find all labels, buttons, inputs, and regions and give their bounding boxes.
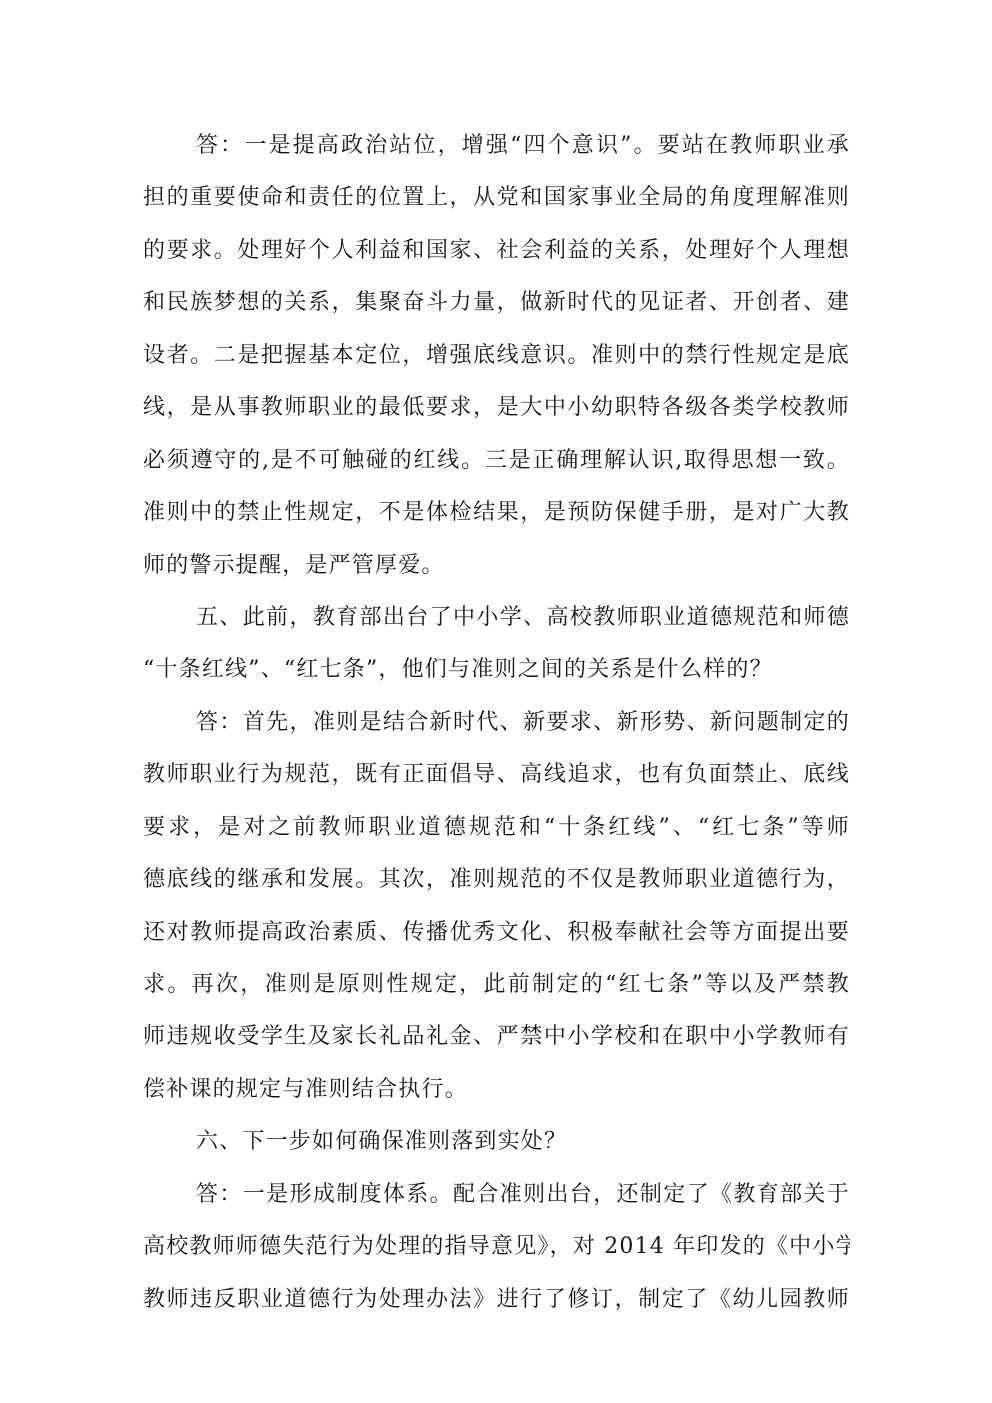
text-line: 答：一是形成制度体系。配合准则出台，还制定了《教育部关于: [143, 1169, 850, 1221]
text-line: 高校教师师德失范行为处理的指导意见》，对 2014 年印发的《中小学: [143, 1221, 850, 1273]
text-line: 的要求。处理好个人利益和国家、社会利益的关系，处理好个人理想: [143, 225, 850, 277]
text-line: 教师违反职业道德行为处理办法》进行了修订，制定了《幼儿园教师: [143, 1274, 850, 1326]
text-line: 担的重要使命和责任的位置上，从党和国家事业全局的角度理解准则: [143, 172, 850, 224]
text-line: 师的警示提醒，是严管厚爱。: [143, 540, 850, 592]
text-line: 答：一是提高政治站位，增强“四个意识”。要站在教师职业承: [143, 120, 850, 172]
text-line: 师违规收受学生及家长礼品礼金、严禁中小学校和在职中小学教师有: [143, 1011, 850, 1063]
text-line: 教师职业行为规范，既有正面倡导、高线追求，也有负面禁止、底线: [143, 749, 850, 801]
text-line: 必须遵守的,是不可触碰的红线。三是正确理解认识,取得思想一致。: [143, 435, 850, 487]
text-line: “十条红线”、“红七条”，他们与准则之间的关系是什么样的？: [143, 644, 850, 696]
text-line: 要求，是对之前教师职业道德规范和“十条红线”、“红七条”等师: [143, 802, 850, 854]
text-line: 偿补课的规定与准则结合执行。: [143, 1064, 850, 1116]
text-line: 答：首先，准则是结合新时代、新要求、新形势、新问题制定的: [143, 697, 850, 749]
text-line: 五、此前，教育部出台了中小学、高校教师职业道德规范和师德: [143, 592, 850, 644]
text-line: 德底线的继承和发展。其次，准则规范的不仅是教师职业道德行为，: [143, 854, 850, 906]
text-line: 和民族梦想的关系，集聚奋斗力量，做新时代的见证者、开创者、建: [143, 277, 850, 329]
document-body: 答：一是提高政治站位，增强“四个意识”。要站在教师职业承担的重要使命和责任的位置…: [143, 120, 850, 1326]
text-line: 准则中的禁止性规定，不是体检结果，是预防保健手册，是对广大教: [143, 487, 850, 539]
text-line: 还对教师提高政治素质、传播优秀文化、积极奉献社会等方面提出要: [143, 907, 850, 959]
text-line: 六、下一步如何确保准则落到实处？: [143, 1116, 850, 1168]
text-line: 求。再次，准则是原则性规定，此前制定的“红七条”等以及严禁教: [143, 959, 850, 1011]
document-page: 答：一是提高政治站位，增强“四个意识”。要站在教师职业承担的重要使命和责任的位置…: [0, 0, 992, 1403]
text-line: 设者。二是把握基本定位，增强底线意识。准则中的禁行性规定是底: [143, 330, 850, 382]
text-line: 线，是从事教师职业的最低要求，是大中小幼职特各级各类学校教师: [143, 382, 850, 434]
